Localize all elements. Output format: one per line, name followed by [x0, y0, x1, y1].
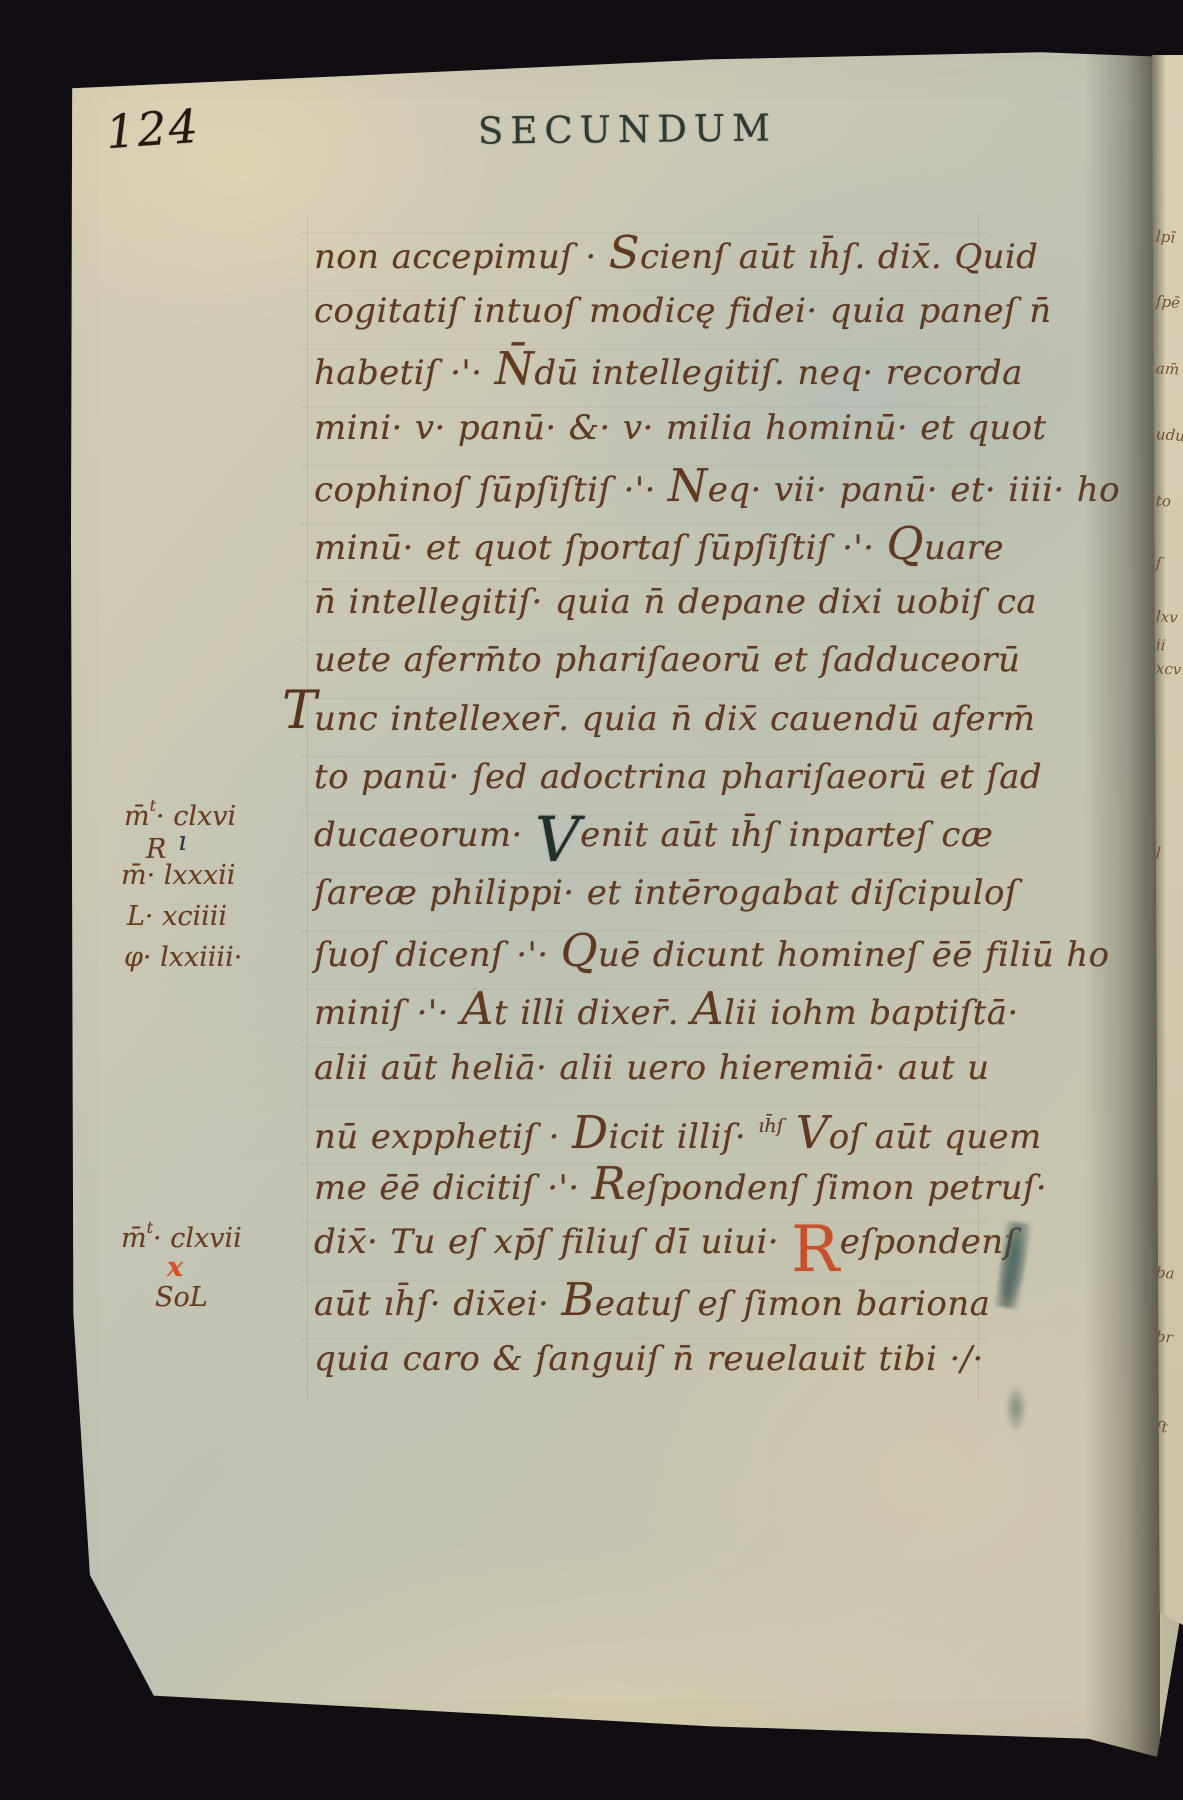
- text-line: non accepimuſ · Scienſ aūt ıh̄ſ. dix̄. Q…: [314, 224, 976, 282]
- manuscript-photo: { "page": { "folio_number": "124", "runn…: [0, 0, 1183, 1800]
- ruling-vertical-left: [307, 215, 308, 1400]
- text-line: quia caro & ſanguiſ n̄ reuelauit tibi ·∕…: [314, 1330, 976, 1388]
- text-line: cophinoſ ſūpſiſtiſ ·'· Neq· vii· panū· e…: [314, 457, 976, 515]
- text-line: aūt ıh̄ſ· dix̄ei· Beatuſ eſ ſimon barion…: [314, 1271, 976, 1329]
- text-line: miniſ ·'· At illi dixer̄. Alii iohm bapt…: [314, 980, 976, 1038]
- page-fragment: udu: [1155, 425, 1183, 445]
- text-line: to panū· ſed adoctrina phariſaeorū et ſa…: [314, 748, 976, 806]
- gutter-shadow: [1085, 0, 1160, 1800]
- page-fragment: l: [1155, 844, 1161, 862]
- text-line: nū expphetiſ · Dicit illiſ· ıh̄ſ Voſ aūt…: [314, 1097, 976, 1155]
- text-line: mini· v· panū· &· v· milia hominū· et qu…: [314, 399, 976, 457]
- text-line: ſuoſ dicenſ ·'· Quē dicunt homineſ ēē fi…: [314, 922, 976, 980]
- text-line: dix̄· Tu eſ xp̄ſ filiuſ dī uiui· Reſpond…: [314, 1213, 976, 1271]
- margin-note: m̄t· clxvii: [121, 1218, 242, 1254]
- page-fragment: am̄: [1155, 359, 1179, 379]
- text-line: uete aferm̄to phariſaeorū et ſadduceorū: [314, 631, 976, 689]
- page-fragment: ſpē: [1155, 292, 1180, 312]
- page-fragment: ba: [1155, 1263, 1175, 1282]
- page-fragment: lxv: [1155, 607, 1178, 626]
- text-line: alii aūt heliā· alii uero hieremiā· aut …: [314, 1039, 976, 1097]
- text-line: me ēē dicitiſ ·'· Reſpondenſ ſimon petru…: [314, 1155, 976, 1213]
- text-line: cogitatiſ intuoſ modicę fidei· quia pane…: [314, 282, 976, 340]
- folio-number: 124: [104, 99, 201, 159]
- text-line: Tunc intellexer̄. quia n̄ dix̄ cauendū a…: [314, 690, 976, 748]
- text-block: non accepimuſ · Scienſ aūt ıh̄ſ. dix̄. Q…: [314, 224, 976, 1388]
- ink-blot-small: [1006, 1385, 1026, 1431]
- initial-t: T: [282, 682, 317, 740]
- text-line: ducaeorum· Venit aūt ıh̄ſ inparteſ cæ: [314, 806, 976, 864]
- running-title: SECUNDUM: [478, 106, 777, 152]
- margin-note: L· xciiii: [127, 901, 227, 932]
- margin-note: ı: [178, 826, 187, 857]
- margin-note: φ· lxxiiii·: [124, 942, 242, 973]
- page-fragment: to: [1155, 491, 1171, 510]
- parchment-page: 124 SECUNDUM non accepimuſ · Scienſ aūt …: [0, 0, 1183, 1800]
- text-line: ſareæ philippi· et intērogabat diſcipulo…: [314, 864, 976, 922]
- margin-note: x: [167, 1252, 183, 1283]
- text-line: habetiſ ·'· N̄dū intellegitiſ. neq· reco…: [314, 340, 976, 398]
- text-line: minū· et quot ſportaſ ſūpſiſtiſ ·'· Quar…: [314, 515, 976, 573]
- page-fragment: lpī: [1155, 227, 1175, 246]
- page-fragment: xcv: [1155, 659, 1182, 679]
- page-fragment: ii: [1155, 636, 1166, 655]
- margin-note: SoL: [155, 1282, 208, 1313]
- text-line: n̄ intellegitiſ· quia n̄ depane dixi uob…: [314, 573, 976, 631]
- page-fragment: ſ: [1155, 554, 1162, 572]
- margin-note: m̄· lxxxii: [121, 860, 235, 891]
